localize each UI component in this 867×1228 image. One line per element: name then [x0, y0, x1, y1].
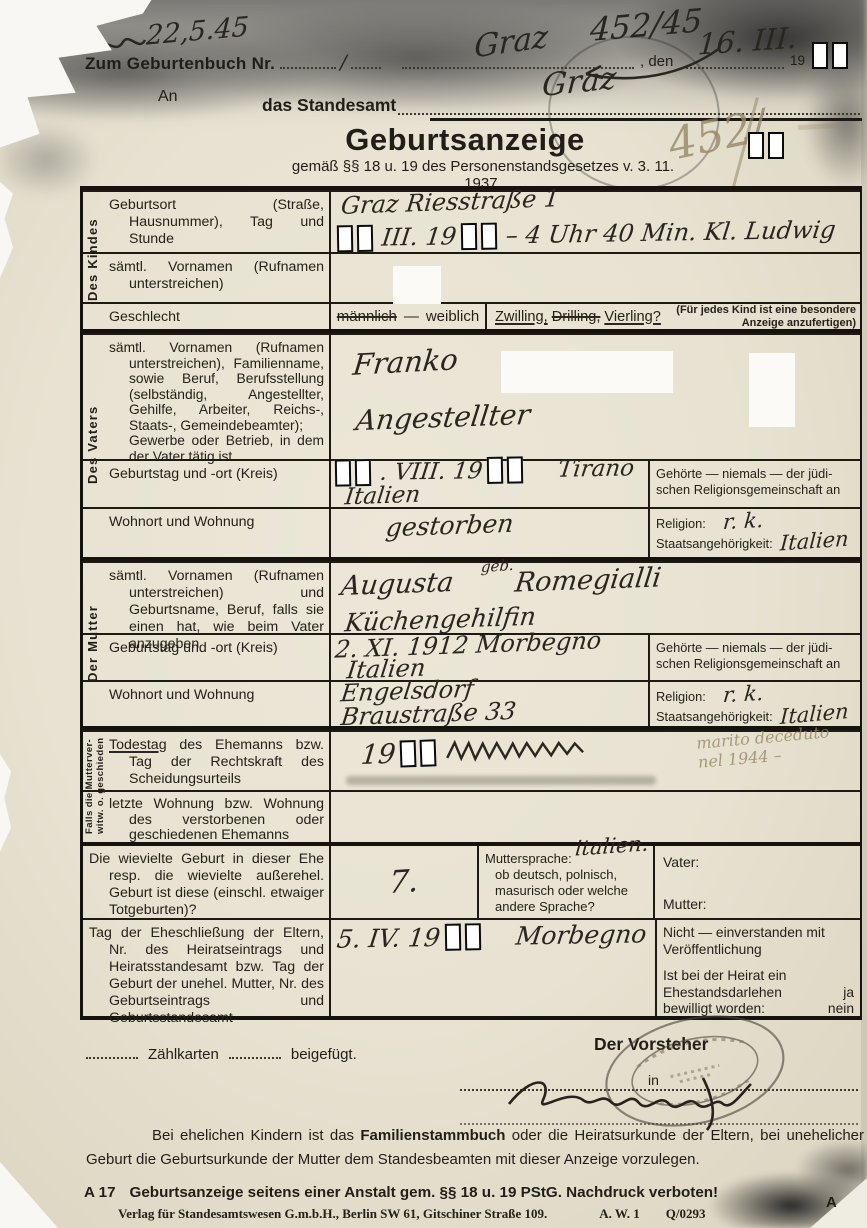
side-label-mother: Der Mutter [85, 561, 105, 726]
birth-form-table: Des Kindes Geburtsort (Straße, Hausnumme… [80, 186, 862, 1020]
option-yes: ja [843, 985, 854, 1002]
religion-label: Religion: [656, 689, 706, 704]
an-label: An [158, 88, 178, 106]
side-label-father: Des Vaters [85, 333, 105, 557]
vorsteher-signature [505, 1068, 755, 1132]
hw-marriage-place: Morbegno [514, 919, 648, 950]
redaction-boxes-year [812, 42, 852, 69]
beigefuegt-label: beigefügt. [291, 1046, 357, 1063]
redaction-boxes-year [487, 456, 527, 484]
paper-edge-shadow [861, 0, 867, 1228]
zaehlkarten-label: Zählkarten [148, 1046, 219, 1063]
hw-child-birthplace: Graz Riesstraße 1 [340, 184, 561, 220]
hw-mother-nee: geb. [480, 556, 514, 576]
row-label: letzte Wohnung bzw. Wohnung des verstorb… [109, 797, 324, 844]
dotted-line [351, 54, 381, 69]
redaction-boxes-day [337, 224, 377, 252]
citizenship-label: Staatsangehörigkeit: [656, 536, 773, 551]
option-male: männlich [337, 308, 397, 325]
geburtenbuch-label: Zum Geburtenbuch Nr. [85, 54, 275, 73]
ink-scribble [445, 733, 586, 768]
note-bold: Familienstammbuch [360, 1127, 505, 1144]
smudged-strikeout [346, 776, 656, 785]
mother-tongue-label: Muttersprache: [485, 851, 572, 866]
year-prefix: 19 [790, 53, 805, 68]
row-label: Die wievielte Geburt in dieser Ehe resp.… [89, 851, 324, 919]
imprint-publisher: Verlag für Standesamtswesen G.m.b.H., Be… [118, 1206, 547, 1222]
section-child: Des Kindes Geburtsort (Straße, Hausnumme… [83, 190, 860, 329]
white-redaction-patch [501, 351, 673, 393]
row-mother-names: sämtl. Vornamen (Rufnamen unterstreichen… [83, 561, 860, 633]
solid-rule [430, 118, 862, 121]
row-mother-residence: Wohnort und Wohnung Engelsdorf Braustraß… [83, 680, 860, 726]
hw-child-birthdate: III. 19 [380, 222, 458, 251]
side-label-widow-line2: witw. o. geschieden [95, 730, 106, 842]
note-pre: Bei ehelichen Kindern ist das [152, 1127, 354, 1144]
row-sex: Geschlecht männlich — weiblich Zwilling,… [83, 302, 860, 329]
dash: — [404, 308, 419, 325]
torn-edge-left-2 [0, 754, 11, 852]
option-no: nein [828, 1001, 854, 1018]
religion-membership-line1: Gehörte — niemals — der jüdi- [656, 466, 854, 482]
section-widow: Falls die Mutterver- witw. o. geschieden… [83, 726, 860, 842]
row-label: Tag der Eheschließung der Eltern, Nr. de… [89, 925, 324, 1027]
citizenship-label: Staatsangehörigkeit: [656, 709, 773, 724]
row-label: sämtl. Vornamen (Rufnamen unterstreichen… [109, 340, 324, 433]
mother-tongue-question: ob deutsch, polnisch, masurisch oder wel… [485, 867, 647, 915]
white-redaction-patch [393, 266, 441, 304]
hw-mother-citizenship: Italien [780, 703, 849, 725]
hw-birth-order: 7. [388, 863, 420, 901]
row-father-birth: Geburtstag und -ort (Kreis) . VIII. 19 T… [83, 459, 860, 507]
row-husband-death: Todestag des Ehemanns bzw. Tag der Recht… [83, 730, 860, 790]
white-redaction-patch [749, 353, 795, 427]
dotted-line-standesamt [398, 100, 860, 115]
hw-father-name: Franko [351, 342, 459, 382]
imprint-code1: A. W. 1 [599, 1206, 639, 1222]
row-label: Geburtsort (Straße, Hausnummer), Tag und… [109, 197, 324, 248]
hw-mother-religion: r. k. [723, 686, 765, 704]
religion-membership-line2: schen Religionsgemeinschaft an [656, 656, 854, 672]
redaction-boxes-pencil [748, 132, 788, 159]
redaction-boxes-year [445, 923, 485, 951]
father-label: Vater: [663, 854, 852, 870]
row-father-residence: Wohnort und Wohnung gestorben Religion: … [83, 507, 860, 557]
section-questions: Die wievielte Geburt in dieser Ehe resp.… [83, 842, 860, 1016]
row-father-names: sämtl. Vornamen (Rufnamen unterstreichen… [83, 333, 860, 459]
option-twin: Zwilling, [495, 309, 548, 325]
section-father: Des Vaters sämtl. Vornamen (Rufnamen unt… [83, 329, 860, 557]
dotted-line [229, 1044, 281, 1059]
row-label: Geschlecht [109, 309, 324, 326]
handwritten-slash: / [340, 50, 347, 74]
hw-mother-tongue: italien. [574, 835, 649, 856]
multiple-note-line1: (Für jedes Kind ist eine besondere [676, 304, 856, 317]
option-quadruplet: Vierling? [604, 309, 661, 325]
hw-father-occupation: Angestellter [354, 398, 532, 437]
redaction-boxes-year [461, 222, 501, 250]
publication-consent: Nicht — einverstanden mit Veröffentlichu… [663, 925, 843, 958]
hw-father-birthdate: . VIII. 19 [378, 458, 484, 486]
row-child-names: sämtl. Vornamen (Rufnamen unterstreichen… [83, 252, 860, 302]
option-female: weiblich [426, 308, 479, 325]
religion-label: Religion: [656, 516, 706, 531]
hw-mother-firstname: Augusta [339, 567, 455, 602]
row-label: Wohnort und Wohnung [109, 687, 324, 704]
hw-death-year: 19 [359, 739, 397, 771]
standesamt-label: das Standesamt [262, 95, 396, 116]
side-label-child: Des Kindes [85, 190, 105, 329]
hw-father-residence: gestorben [384, 509, 515, 543]
row-label: Wohnort und Wohnung [109, 514, 324, 531]
imprint-code2: Q/0293 [666, 1206, 706, 1222]
mother-label: Mutter: [663, 896, 852, 912]
scanned-birth-notification: { "header": { "hw_top_date": "22,5.45", … [0, 0, 867, 1228]
hw-father-birthplace: Tirano [557, 455, 636, 482]
religion-membership-line2: schen Religionsgemeinschaft an [656, 482, 854, 498]
hw-mother-maidenname: Romegialli [513, 562, 663, 598]
hw-child-birthtime: – 4 Uhr 40 Min. Kl. Ludwig [505, 216, 838, 250]
row-mother-birth: Geburtstag und -ort (Kreis) 2. XI. 1912 … [83, 633, 860, 680]
option-triplet: Drilling, [552, 309, 601, 325]
corner-letter: A [826, 1194, 837, 1211]
row-birthplace: Geburtsort (Straße, Hausnummer), Tag und… [83, 190, 860, 252]
hw-father-religion: r. k. [723, 513, 765, 531]
dotted-line [86, 1044, 138, 1059]
multiple-note-line2: Anzeige anzufertigen) [676, 317, 856, 330]
side-label-widow-line1: Falls die Mutterver- [84, 730, 95, 842]
religion-membership-line1: Gehörte — niemals — der jüdi- [656, 640, 854, 656]
hw-marriage-date: 5. IV. 19 [335, 923, 442, 954]
torn-edge-left-1 [0, 182, 13, 278]
imprint-line1: Geburtsanzeige seitens einer Anstalt gem… [130, 1184, 719, 1201]
hw-father-citizenship: Italien [780, 531, 850, 551]
row-label: Geburtstag und -ort (Kreis) [109, 466, 324, 483]
form-title: Geburtsanzeige [310, 122, 620, 158]
row-husband-lastresidence: letzte Wohnung bzw. Wohnung des verstorb… [83, 790, 860, 842]
row-label-underlined: Todestag [109, 737, 167, 753]
marriage-loan-line1: Ist bei der Heirat ein [663, 968, 854, 985]
redaction-boxes-year [400, 739, 441, 767]
row-birth-order: Die wievielte Geburt in dieser Ehe resp.… [83, 846, 860, 918]
section-mother: Der Mutter sämtl. Vornamen (Rufnamen unt… [83, 557, 860, 726]
row-label: Geburtstag und -ort (Kreis) [109, 640, 324, 657]
imprint-form-number: A 17 [84, 1184, 116, 1201]
torn-corner-bottomleft [0, 1162, 58, 1228]
row-label: sämtl. Vornamen (Rufnamen unterstreichen… [109, 259, 324, 293]
dotted-line [280, 54, 336, 69]
paper-sheet: 22,5.45 Zum Geburtenbuch Nr. / , den 19 … [0, 0, 867, 1228]
